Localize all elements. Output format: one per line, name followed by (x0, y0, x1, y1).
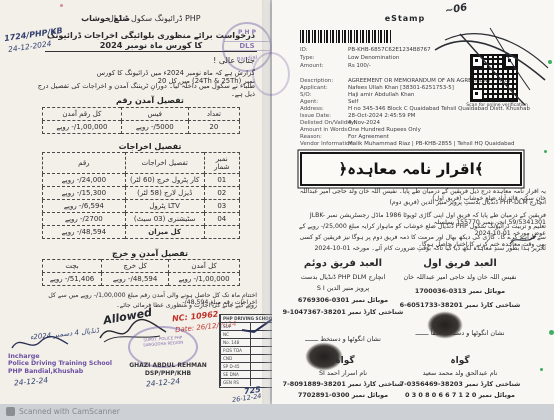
school-name: PHP ڈرائیونگ سکول ڈنڈیال (108, 14, 258, 23)
register-row: CND (220, 355, 250, 362)
table-row: 02 ڈیزل لارج (58 لٹر) 15,300/- روپے (43, 187, 240, 200)
salutation: جناب عالی ! (195, 56, 255, 65)
field-value: Rs 100/- (348, 63, 371, 69)
party2-officer: پرویز منیر الدین S I (282, 285, 404, 292)
income-header-count: تعداد (188, 108, 239, 121)
field-label: Amount in Words: (300, 127, 349, 133)
incharge-line-2: Police Driving Training School (8, 360, 112, 367)
income-header-total: کل رقم آمدن (43, 108, 122, 121)
scan-speckle (548, 60, 552, 64)
summary-table-caption: تفصیل آمدن و خرچ (90, 249, 210, 258)
incharge-line-3: PHP Bandial,Khushab (8, 368, 83, 375)
summary-saving: 51,406/- روپے (43, 273, 102, 286)
expense-amount: 6,594/- روپے (43, 200, 126, 213)
witness2-name: نام اسرار احمد SI (282, 370, 404, 377)
expense-amount: 15,300/- روپے (43, 187, 126, 200)
expense-detail: سٹیشنری (03 سیٹ) (125, 213, 204, 226)
expense-amount: 24,000/- روپے (43, 174, 126, 187)
table-row: 03 LTV پٹرول 6,594/- روپے (43, 200, 240, 213)
income-table-caption: تفصیل آمدن رقم (90, 96, 210, 105)
dsp-name: GHAZI ABDUL REHMAN (128, 362, 208, 369)
field-label: Vendor Information: (300, 141, 355, 147)
deed-title: ﴾اقرار نامہ معاہدہ﴿ (338, 160, 483, 178)
witness2-cnic: شناختی کارڈ نمبر 38201-8091889-7 (282, 381, 404, 388)
witness1-mobile: موبائل نمبر 0 2 1 7 6 6 0 8 0 3 0 (398, 392, 522, 399)
field-label: Description: (300, 78, 333, 84)
field-value: 4-Nov-2024 (348, 120, 380, 126)
party1-cnic: شناختی کارڈ نمبر 38201-6051733-6 (398, 302, 522, 309)
dsp-stamp-text: SUPDT. POLICE PHPSARGODHA REGION (133, 334, 194, 348)
scan-speckle (549, 330, 554, 335)
income-table: تعداد فیس کل رقم آمدن 20 5000/- روپے 1,0… (42, 107, 240, 134)
field-label: Issue Date: (300, 113, 331, 119)
agreement-line: تحریر ہذا بطور سندِ معاہدہ لکھ دیا گیا ت… (294, 245, 546, 252)
income-total: 1,00,000/- روپے (43, 121, 122, 134)
party2-header: العبد فریق دوئم (288, 258, 398, 269)
pen-cancellation-scribble (430, 10, 550, 120)
field-value: Malik Muhammad Riaz | PB-KHB-2855 | Tehs… (348, 141, 515, 147)
expense-serial: 03 (204, 200, 239, 213)
summary-header-expense: کل خرچ (102, 260, 169, 273)
camscanner-watermark: Scanned with CamScanner (19, 407, 120, 416)
field-label: Address: (300, 106, 324, 112)
expense-serial: 02 (204, 187, 239, 200)
register-row: GEN RS (220, 379, 250, 386)
witness2-title: گواہ (315, 356, 375, 366)
field-value: 28-Oct-2024 2:45:59 PM (348, 113, 415, 119)
register-row: No. 148 (220, 339, 250, 346)
witness1-cnic: شناختی کارڈ نمبر 38203-0356469-7 (398, 381, 522, 388)
summary-expense: 48,594/- روپے (102, 273, 169, 286)
witness1-name: نام عبدالحق ولد محمد سعید (398, 370, 522, 377)
field-label: Type: (300, 55, 315, 61)
register-row: SP D-45 (220, 363, 250, 370)
field-label: Applicant: (300, 85, 328, 91)
party1-thumbprint (428, 312, 462, 338)
agreement-line: انچارج PHP-DLM ڈنڈیال بدستِ پرویز منیر ا… (294, 199, 546, 206)
income-header-fee: فیس (121, 108, 188, 121)
table-row: 04 سٹیشنری (03 سیٹ) 2700/- روپے (43, 213, 240, 226)
field-label: Agent: (300, 99, 318, 105)
field-value: For Agreement (348, 134, 389, 140)
scanned-document: { "colors":{"red_ink":"#c03228","purple_… (0, 0, 554, 420)
party1-mobile: موبائل نمبر 0313-1700036 (398, 288, 522, 295)
barcode (300, 30, 392, 43)
field-label: Reason: (300, 134, 322, 140)
field-label: S/O: (300, 92, 311, 98)
scan-speckle (544, 150, 547, 153)
field-value: Low Denomination (348, 55, 399, 61)
expense-detail: کار پٹرول خرچ (60 لٹر) (125, 174, 204, 187)
witness1-title: گواہ (430, 356, 490, 366)
party2-name: انچارج PHP DLM ڈنڈیال بدست (282, 274, 404, 281)
field-value: Self (348, 99, 358, 105)
party2-mobile: موبائل نمبر 0301-6769306 (282, 297, 404, 304)
expense-total-empty (204, 226, 239, 239)
expense-total-label: کل میزان (125, 226, 204, 239)
register-row: P.DS TDA (220, 347, 250, 354)
expense-total-value: 48,594/- روپے (43, 226, 126, 239)
witness2-mobile: موبائل نمبر 0300-7702891 (282, 392, 404, 399)
party1-name: نفیس اللہ خان ولد حاجی امیر عبداللہ خان (398, 274, 522, 281)
summary-header-saving: بچت (43, 260, 102, 273)
expense-table-caption: تفصیل اخراجات (90, 142, 210, 151)
party2-cnic: شناختی کارڈ نمبر 38201-1047367-9 (282, 309, 404, 316)
party2-thumb-label: نشان انگوٹھا و دستخط ـــــــ (282, 336, 404, 343)
incharge-line-1: Incharge (8, 352, 40, 360)
field-value: One Hundred Rupees Only (348, 127, 421, 133)
expense-header-amount: رقم (43, 153, 126, 174)
expense-table: نمبر شمار تفصیل اخراجات رقم 01 کار پٹرول… (42, 152, 240, 239)
edge-partial-stamp (252, 52, 290, 96)
dsp-title: DSP/PHP/KHB (128, 370, 208, 377)
income-count: 20 (188, 121, 239, 134)
expense-amount: 2700/- روپے (43, 213, 126, 226)
summary-table: کل آمدن کل خرچ بچت 1,00,000/- روپے 48,59… (42, 259, 240, 286)
expense-header-serial: نمبر شمار (204, 153, 239, 174)
expense-total-row: کل میزان 48,594/- روپے (43, 226, 240, 239)
expense-serial: 04 (204, 213, 239, 226)
incharge-signature (10, 334, 70, 354)
table-row: 01 کار پٹرول خرچ (60 لٹر) 24,000/- روپے (43, 174, 240, 187)
field-label: ID: (300, 47, 308, 53)
expense-detail: LTV پٹرول (125, 200, 204, 213)
field-value: Haji amir Abdullah Khan (348, 92, 414, 98)
expense-serial: 01 (204, 174, 239, 187)
expense-detail: ڈیزل لارج (58 لٹر) (125, 187, 204, 200)
scan-speckle (60, 4, 63, 7)
expense-header-detail: تفصیل اخراجات (125, 153, 204, 174)
camscanner-icon (6, 407, 15, 416)
party1-header: العبد فریق اول (405, 258, 515, 269)
register-row: SE DNA (220, 371, 250, 378)
field-value: PB-KHB-6857C62E1234B8767 (348, 47, 431, 53)
field-label: Amount: (300, 63, 323, 69)
income-fee: 5000/- روپے (121, 121, 188, 134)
summary-income: 1,00,000/- روپے (169, 273, 240, 286)
deed-title-box: ﴾اقرار نامہ معاہدہ﴿ (300, 152, 522, 186)
scan-speckle (540, 368, 543, 371)
summary-header-income: کل آمدن (169, 260, 240, 273)
